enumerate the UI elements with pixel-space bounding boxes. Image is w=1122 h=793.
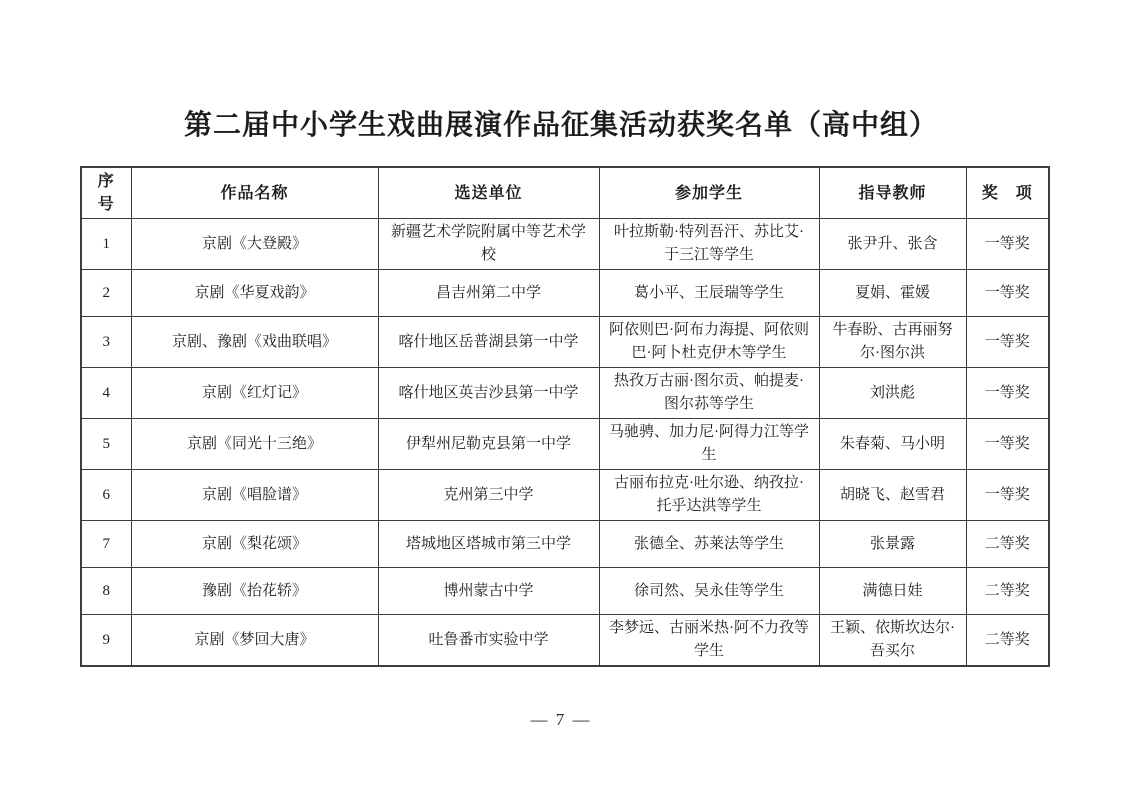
- table-cell: 京剧《大登殿》: [131, 219, 378, 270]
- table-cell: 朱春菊、马小明: [819, 419, 966, 470]
- table-row: 4京剧《红灯记》喀什地区英吉沙县第一中学热孜万古丽·图尔贡、帕提麦·图尔荪等学生…: [81, 368, 1049, 419]
- table-cell: 4: [81, 368, 131, 419]
- table-cell: 豫剧《抬花轿》: [131, 568, 378, 615]
- table-cell: 3: [81, 317, 131, 368]
- table-row: 3京剧、豫剧《戏曲联唱》喀什地区岳普湖县第一中学阿依则巴·阿布力海提、阿依则巴·…: [81, 317, 1049, 368]
- table-cell: 二等奖: [966, 521, 1049, 568]
- column-header: 指导教师: [819, 167, 966, 219]
- table-cell: 6: [81, 470, 131, 521]
- table-row: 9京剧《梦回大唐》吐鲁番市实验中学李梦远、古丽米热·阿不力孜等学生王颖、依斯坎达…: [81, 615, 1049, 667]
- column-header: 参加学生: [599, 167, 819, 219]
- table-cell: 李梦远、古丽米热·阿不力孜等学生: [599, 615, 819, 667]
- table-cell: 王颖、依斯坎达尔·吾买尔: [819, 615, 966, 667]
- table-cell: 古丽布拉克·吐尔逊、纳孜拉·托乎达洪等学生: [599, 470, 819, 521]
- table-cell: 胡晓飞、赵雪君: [819, 470, 966, 521]
- table-cell: 京剧《同光十三绝》: [131, 419, 378, 470]
- table-cell: 塔城地区塔城市第三中学: [378, 521, 599, 568]
- column-header: 选送单位: [378, 167, 599, 219]
- table-cell: 一等奖: [966, 317, 1049, 368]
- table-cell: 京剧《梦回大唐》: [131, 615, 378, 667]
- table-cell: 昌吉州第二中学: [378, 270, 599, 317]
- table-header-row: 序号作品名称选送单位参加学生指导教师奖 项: [81, 167, 1049, 219]
- column-header: 作品名称: [131, 167, 378, 219]
- award-table: 序号作品名称选送单位参加学生指导教师奖 项 1京剧《大登殿》新疆艺术学院附属中等…: [80, 166, 1050, 667]
- table-cell: 马驰骋、加力尼·阿得力江等学生: [599, 419, 819, 470]
- table-cell: 刘洪彪: [819, 368, 966, 419]
- table-body: 1京剧《大登殿》新疆艺术学院附属中等艺术学校叶拉斯勒·特列吾汗、苏比艾·于三江等…: [81, 219, 1049, 667]
- table-row: 8豫剧《抬花轿》博州蒙古中学徐司然、吴永佳等学生满德日娃二等奖: [81, 568, 1049, 615]
- table-cell: 吐鲁番市实验中学: [378, 615, 599, 667]
- document-page: 第二届中小学生戏曲展演作品征集活动获奖名单（高中组） 序号作品名称选送单位参加学…: [0, 0, 1122, 793]
- table-row: 5京剧《同光十三绝》伊犁州尼勒克县第一中学马驰骋、加力尼·阿得力江等学生朱春菊、…: [81, 419, 1049, 470]
- table-cell: 博州蒙古中学: [378, 568, 599, 615]
- table-cell: 5: [81, 419, 131, 470]
- table-cell: 满德日娃: [819, 568, 966, 615]
- column-header: 奖 项: [966, 167, 1049, 219]
- table-row: 1京剧《大登殿》新疆艺术学院附属中等艺术学校叶拉斯勒·特列吾汗、苏比艾·于三江等…: [81, 219, 1049, 270]
- table-cell: 2: [81, 270, 131, 317]
- table-cell: 牛春盼、古再丽努尔·图尔洪: [819, 317, 966, 368]
- table-cell: 张尹升、张含: [819, 219, 966, 270]
- table-cell: 1: [81, 219, 131, 270]
- table-cell: 新疆艺术学院附属中等艺术学校: [378, 219, 599, 270]
- table-cell: 一等奖: [966, 219, 1049, 270]
- page-number: — 7 —: [0, 710, 1122, 730]
- table-cell: 喀什地区英吉沙县第一中学: [378, 368, 599, 419]
- table-cell: 一等奖: [966, 270, 1049, 317]
- table-cell: 喀什地区岳普湖县第一中学: [378, 317, 599, 368]
- table-cell: 张景露: [819, 521, 966, 568]
- table-row: 2京剧《华夏戏韵》昌吉州第二中学葛小平、王辰瑞等学生夏娟、霍媛一等奖: [81, 270, 1049, 317]
- table-cell: 京剧《华夏戏韵》: [131, 270, 378, 317]
- table-cell: 叶拉斯勒·特列吾汗、苏比艾·于三江等学生: [599, 219, 819, 270]
- table-cell: 夏娟、霍媛: [819, 270, 966, 317]
- table-cell: 9: [81, 615, 131, 667]
- table-cell: 8: [81, 568, 131, 615]
- table-cell: 徐司然、吴永佳等学生: [599, 568, 819, 615]
- table-cell: 京剧《唱脸谱》: [131, 470, 378, 521]
- table-row: 7京剧《梨花颂》塔城地区塔城市第三中学张德全、苏莱法等学生张景露二等奖: [81, 521, 1049, 568]
- table-cell: 热孜万古丽·图尔贡、帕提麦·图尔荪等学生: [599, 368, 819, 419]
- table-cell: 京剧《红灯记》: [131, 368, 378, 419]
- table-cell: 葛小平、王辰瑞等学生: [599, 270, 819, 317]
- table-cell: 二等奖: [966, 615, 1049, 667]
- table-cell: 京剧、豫剧《戏曲联唱》: [131, 317, 378, 368]
- table-row: 6京剧《唱脸谱》克州第三中学古丽布拉克·吐尔逊、纳孜拉·托乎达洪等学生胡晓飞、赵…: [81, 470, 1049, 521]
- table-cell: 京剧《梨花颂》: [131, 521, 378, 568]
- table-cell: 伊犁州尼勒克县第一中学: [378, 419, 599, 470]
- table-cell: 二等奖: [966, 568, 1049, 615]
- page-title: 第二届中小学生戏曲展演作品征集活动获奖名单（高中组）: [0, 103, 1122, 143]
- table-cell: 一等奖: [966, 470, 1049, 521]
- table-cell: 阿依则巴·阿布力海提、阿依则巴·阿卜杜克伊木等学生: [599, 317, 819, 368]
- table-cell: 一等奖: [966, 368, 1049, 419]
- column-header: 序号: [81, 167, 131, 219]
- table-cell: 7: [81, 521, 131, 568]
- table-cell: 张德全、苏莱法等学生: [599, 521, 819, 568]
- table-cell: 克州第三中学: [378, 470, 599, 521]
- table-cell: 一等奖: [966, 419, 1049, 470]
